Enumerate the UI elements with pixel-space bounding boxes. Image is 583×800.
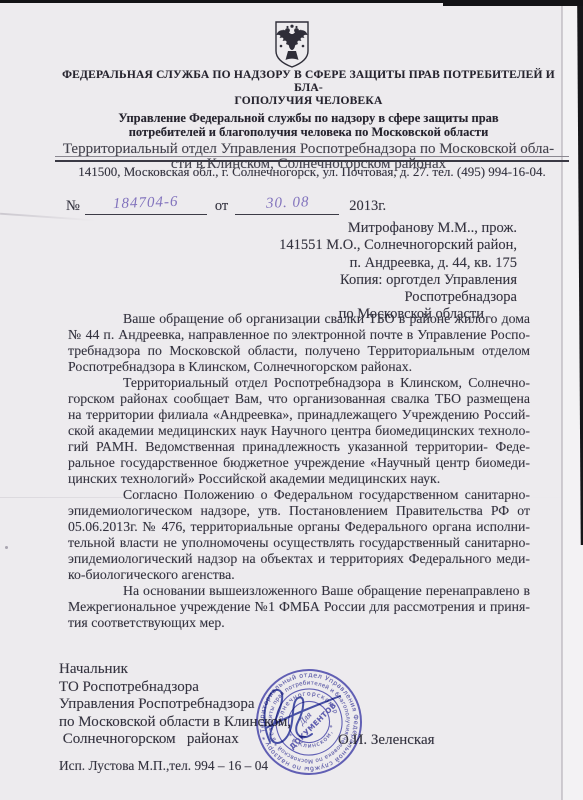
body-line: эпидемиологическом надзоре, утв. Постано… bbox=[68, 503, 530, 519]
body-line: Роспотребнадзора в Клинском, Солнечногор… bbox=[68, 359, 530, 375]
body-line: Согласно Положению о Федеральном государ… bbox=[68, 487, 530, 503]
body-line: Ваше обращение об организации свалки ТБО… bbox=[68, 311, 530, 327]
year-suffix: 2013г. bbox=[349, 198, 386, 215]
scanned-letter-page: ФЕДЕРАЛЬНАЯ СЛУЖБА ПО НАДЗОРУ В СФЕРЕ ЗА… bbox=[0, 0, 583, 800]
address-phone-line: 141500, Московская обл., г. Солнечногорс… bbox=[55, 164, 569, 180]
body-line: На основании вышеизложенного Ваше обраще… bbox=[68, 583, 530, 599]
body-line: ко-биологического агенства. bbox=[68, 567, 530, 583]
body-line: тия соответствующих мер. bbox=[68, 615, 530, 631]
body-line: ральное государственное бюджетное учрежд… bbox=[68, 455, 530, 471]
reference-number-line: №184704-6от30. 082013г. bbox=[66, 196, 386, 215]
letterhead-divider-rule bbox=[55, 156, 569, 162]
handwritten-ref-date: 30. 08 bbox=[265, 194, 309, 213]
number-label: № bbox=[66, 198, 80, 215]
from-label: от bbox=[215, 198, 228, 215]
recipient-address: Митрофанову М.М.., прож. 141551 М.О., Со… bbox=[230, 220, 517, 306]
body-line: эпидемиологический надзор на объектах и … bbox=[68, 551, 530, 567]
ref-number-underline: 184704-6 bbox=[85, 196, 207, 215]
body-line: № 44 п. Андреевка, направленное по элект… bbox=[68, 327, 530, 343]
russia-coat-of-arms-icon bbox=[271, 20, 313, 70]
federal-service-name: ФЕДЕРАЛЬНАЯ СЛУЖБА ПО НАДЗОРУ В СФЕРЕ ЗА… bbox=[50, 69, 567, 108]
body-line: Территориальный отдел Роспотребнадзора в… bbox=[68, 375, 530, 391]
body-line: Межрегиональное учреждение №1 ФМБА Росси… bbox=[68, 599, 530, 615]
body-line: требнадзора по Московской области, получ… bbox=[68, 343, 530, 359]
recipient-block: Митрофанову М.М.., прож. 141551 М.О., Со… bbox=[230, 220, 517, 324]
body-line: 05.06.2013г. № 476, территориальные орга… bbox=[68, 519, 530, 535]
body-line: горском районах сообщает Вам, что органи… bbox=[68, 391, 530, 407]
administration-name: Управление Федеральной службы по надзору… bbox=[50, 111, 567, 139]
body-line: на территории филиала «Андреевка», прина… bbox=[68, 407, 530, 423]
scan-speck bbox=[5, 546, 8, 549]
letter-body: Ваше обращение об организации свалки ТБО… bbox=[68, 311, 530, 631]
body-line: ской академии медицинских наук Научного … bbox=[68, 423, 530, 439]
body-line: гий РАМН. Ведомственная принадлежность у… bbox=[68, 439, 530, 455]
handwritten-signature bbox=[248, 676, 348, 768]
ref-date-underline: 30. 08 bbox=[235, 196, 339, 215]
scanner-background-top-right bbox=[443, 0, 583, 6]
body-line: тельной власти не уполномочены осуществл… bbox=[68, 535, 530, 551]
handwritten-ref-number: 184704-6 bbox=[113, 194, 179, 213]
executor-line: Исп. Лустова М.П.,тел. 994 – 16 – 04 bbox=[59, 758, 268, 774]
body-line: цинских технологий» Российской академии … bbox=[68, 471, 530, 487]
